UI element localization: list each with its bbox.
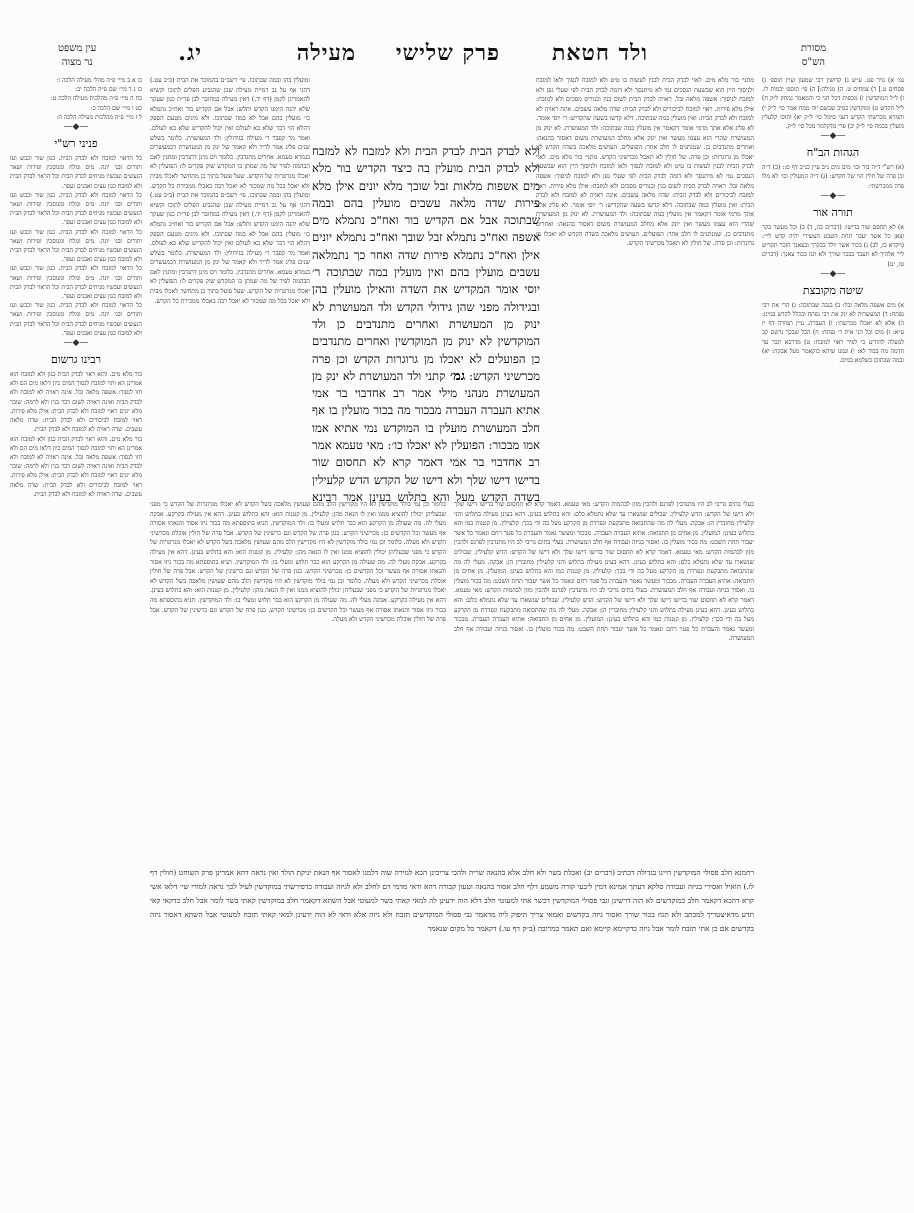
ein-mishpat-heading: עין משפט נר מצוה bbox=[58, 42, 96, 70]
gemara-lead-word: גמ׳ bbox=[445, 369, 465, 384]
masoret-hashas-heading: מסורת הש"ס bbox=[801, 42, 826, 70]
ner-mitzvah-label: נר מצוה bbox=[58, 56, 96, 70]
rashi-commentary-bottom: בעלי בתים נדיבי לב היו מתנדבין לפרנס ולה… bbox=[454, 500, 754, 870]
tractate-name: מעילה bbox=[297, 40, 356, 66]
tosafot-commentary-bottom: כלומר וכן נמי בולד מוקדשין לא היו מקדישי… bbox=[150, 500, 446, 870]
tosafot-tail-text: רחמנא חלב פסולי המוקדשין היינו בגדולה דכ… bbox=[150, 866, 754, 986]
ein-mishpat-entry: כט ו מיי׳ שם הלכה כ: bbox=[10, 104, 142, 113]
penei-rashi-title: פניני רש"י bbox=[10, 136, 142, 152]
penei-rashi-text: כל הראוי למזבח ולא לבדק הבית. כגון שור ו… bbox=[10, 191, 142, 228]
ornament-divider-icon: —◆— bbox=[762, 191, 904, 201]
penei-rashi-text: כל הראוי למזבח ולא לבדק הבית. כגון שור ו… bbox=[10, 301, 142, 338]
rabbeinu-gershom-title: רבינו גרשום bbox=[10, 352, 142, 368]
folio-number: יג. bbox=[178, 40, 202, 66]
ornament-divider-icon: —◆— bbox=[762, 269, 904, 279]
ein-mishpat-label: עין משפט bbox=[58, 42, 96, 56]
penei-rashi-text: כל הראוי למזבח ולא לבדק הבית. כגון שור ו… bbox=[10, 228, 142, 265]
ein-mishpat-entry: כח ה מיי׳ פ״ה מהלכות מעילה הלכה ט: bbox=[10, 94, 142, 103]
tosafot-text: ומועלין בהן ובמה שבתוכו. פי׳ רשב״ם בהמוכ… bbox=[150, 77, 310, 190]
rabbeinu-gershom-text: בור מלא מים. והוא ראוי לבדק הבית כגון ול… bbox=[10, 435, 142, 499]
ein-mishpat-entry: ל ז מיי׳ פ״ה מהלכות מעילה הלכה ה: bbox=[10, 113, 142, 122]
rashi-text: בעלי בתים נדיבי לב היו מתנדבין לפרנס ולה… bbox=[454, 587, 754, 642]
rashi-text: מתני׳ בור מלא מים. לאוי לבדק הבית לבנין … bbox=[536, 154, 754, 247]
right-margin-column: גמ׳ א) נזיר פט. ע״ש ג) קדושין רבי שמעון … bbox=[762, 76, 904, 1116]
gemara-text-segment: קתני ולד המעושרת לא ינק מן המעושרת מנהני… bbox=[312, 369, 540, 503]
chapter-name: ולד חטאת bbox=[552, 40, 648, 66]
ornament-divider-icon: —◆— bbox=[762, 131, 904, 141]
hashas-label: הש"ס bbox=[801, 56, 826, 70]
tosafot-commentary-top: ומועלין בהן ובמה שבתוכו. פי׳ רשב״ם בהמוכ… bbox=[150, 76, 310, 496]
gemara-main-text: ולא לבדק הבית לבדק הבית ולא למזבח לא למז… bbox=[312, 143, 540, 503]
shita-mekubetzet-text: א) מים אשפה מלאה זבל: ב) בגבה שבתוכה: ג)… bbox=[762, 301, 904, 365]
hagahot-habach-title: הגהות הב"ח bbox=[762, 145, 904, 161]
hagahot-habach-text: (א) רש"י ד״ה בור וכו׳ מים מים נ״ב עיין כ… bbox=[762, 163, 904, 191]
tosafot-text: ומועלין בהן ובמה שבתוכו. פי׳ רשב״ם בהמוכ… bbox=[150, 192, 310, 305]
torah-or-title: תורה אור bbox=[762, 205, 904, 221]
left-margin-column: כו א ב מיי׳ פ״ה מהל׳ מעילה הלכה ו: כז ג … bbox=[10, 76, 142, 1116]
rashi-commentary-top: מתני׳ בור מלא מים. לאוי לבדק הבית לבנין … bbox=[536, 76, 754, 496]
tosafot-tail-segment: רחמנא חלב פסולי המוקדשין היינו בגדולה דכ… bbox=[150, 868, 754, 933]
rashi-text: מתני׳ בור מלא מים. לאוי לבדק הבית לבנין … bbox=[536, 77, 754, 161]
ornament-divider-icon: —◆— bbox=[10, 338, 142, 348]
perek-label: פרק שלישי bbox=[396, 40, 500, 66]
gemara-text-segment: ולא לבדק הבית לבדק הבית ולא למזבח לא למז… bbox=[312, 144, 540, 383]
masoret-label: מסורת bbox=[801, 42, 826, 56]
penei-rashi-text: כל הראוי למזבח ולא לבדק הבית. כגון שור ו… bbox=[10, 154, 142, 191]
masoret-hashas-text: גמ׳ א) נזיר פט. ע״ש ג) קדושין רבי שמעון … bbox=[762, 76, 904, 131]
torah-or-text: א) לא תחסם שור בדישו: (דברים כה, ד) ב) ו… bbox=[762, 223, 904, 269]
shita-mekubetzet-title: שיטה מקובצת bbox=[762, 283, 904, 299]
ein-mishpat-entry: כז ג ד מיי׳ שם פ״ה הלכה יב: bbox=[10, 85, 142, 94]
ornament-divider-icon: —◆— bbox=[10, 122, 142, 132]
rabbeinu-gershom-text: בור מלא מים. והוא ראוי לבדק הבית כגון ול… bbox=[10, 370, 142, 434]
penei-rashi-text: כל הראוי למזבח ולא לבדק הבית. כגון שור ו… bbox=[10, 264, 142, 301]
ein-mishpat-entry: כו א ב מיי׳ פ״ה מהל׳ מעילה הלכה ו: bbox=[10, 76, 142, 85]
